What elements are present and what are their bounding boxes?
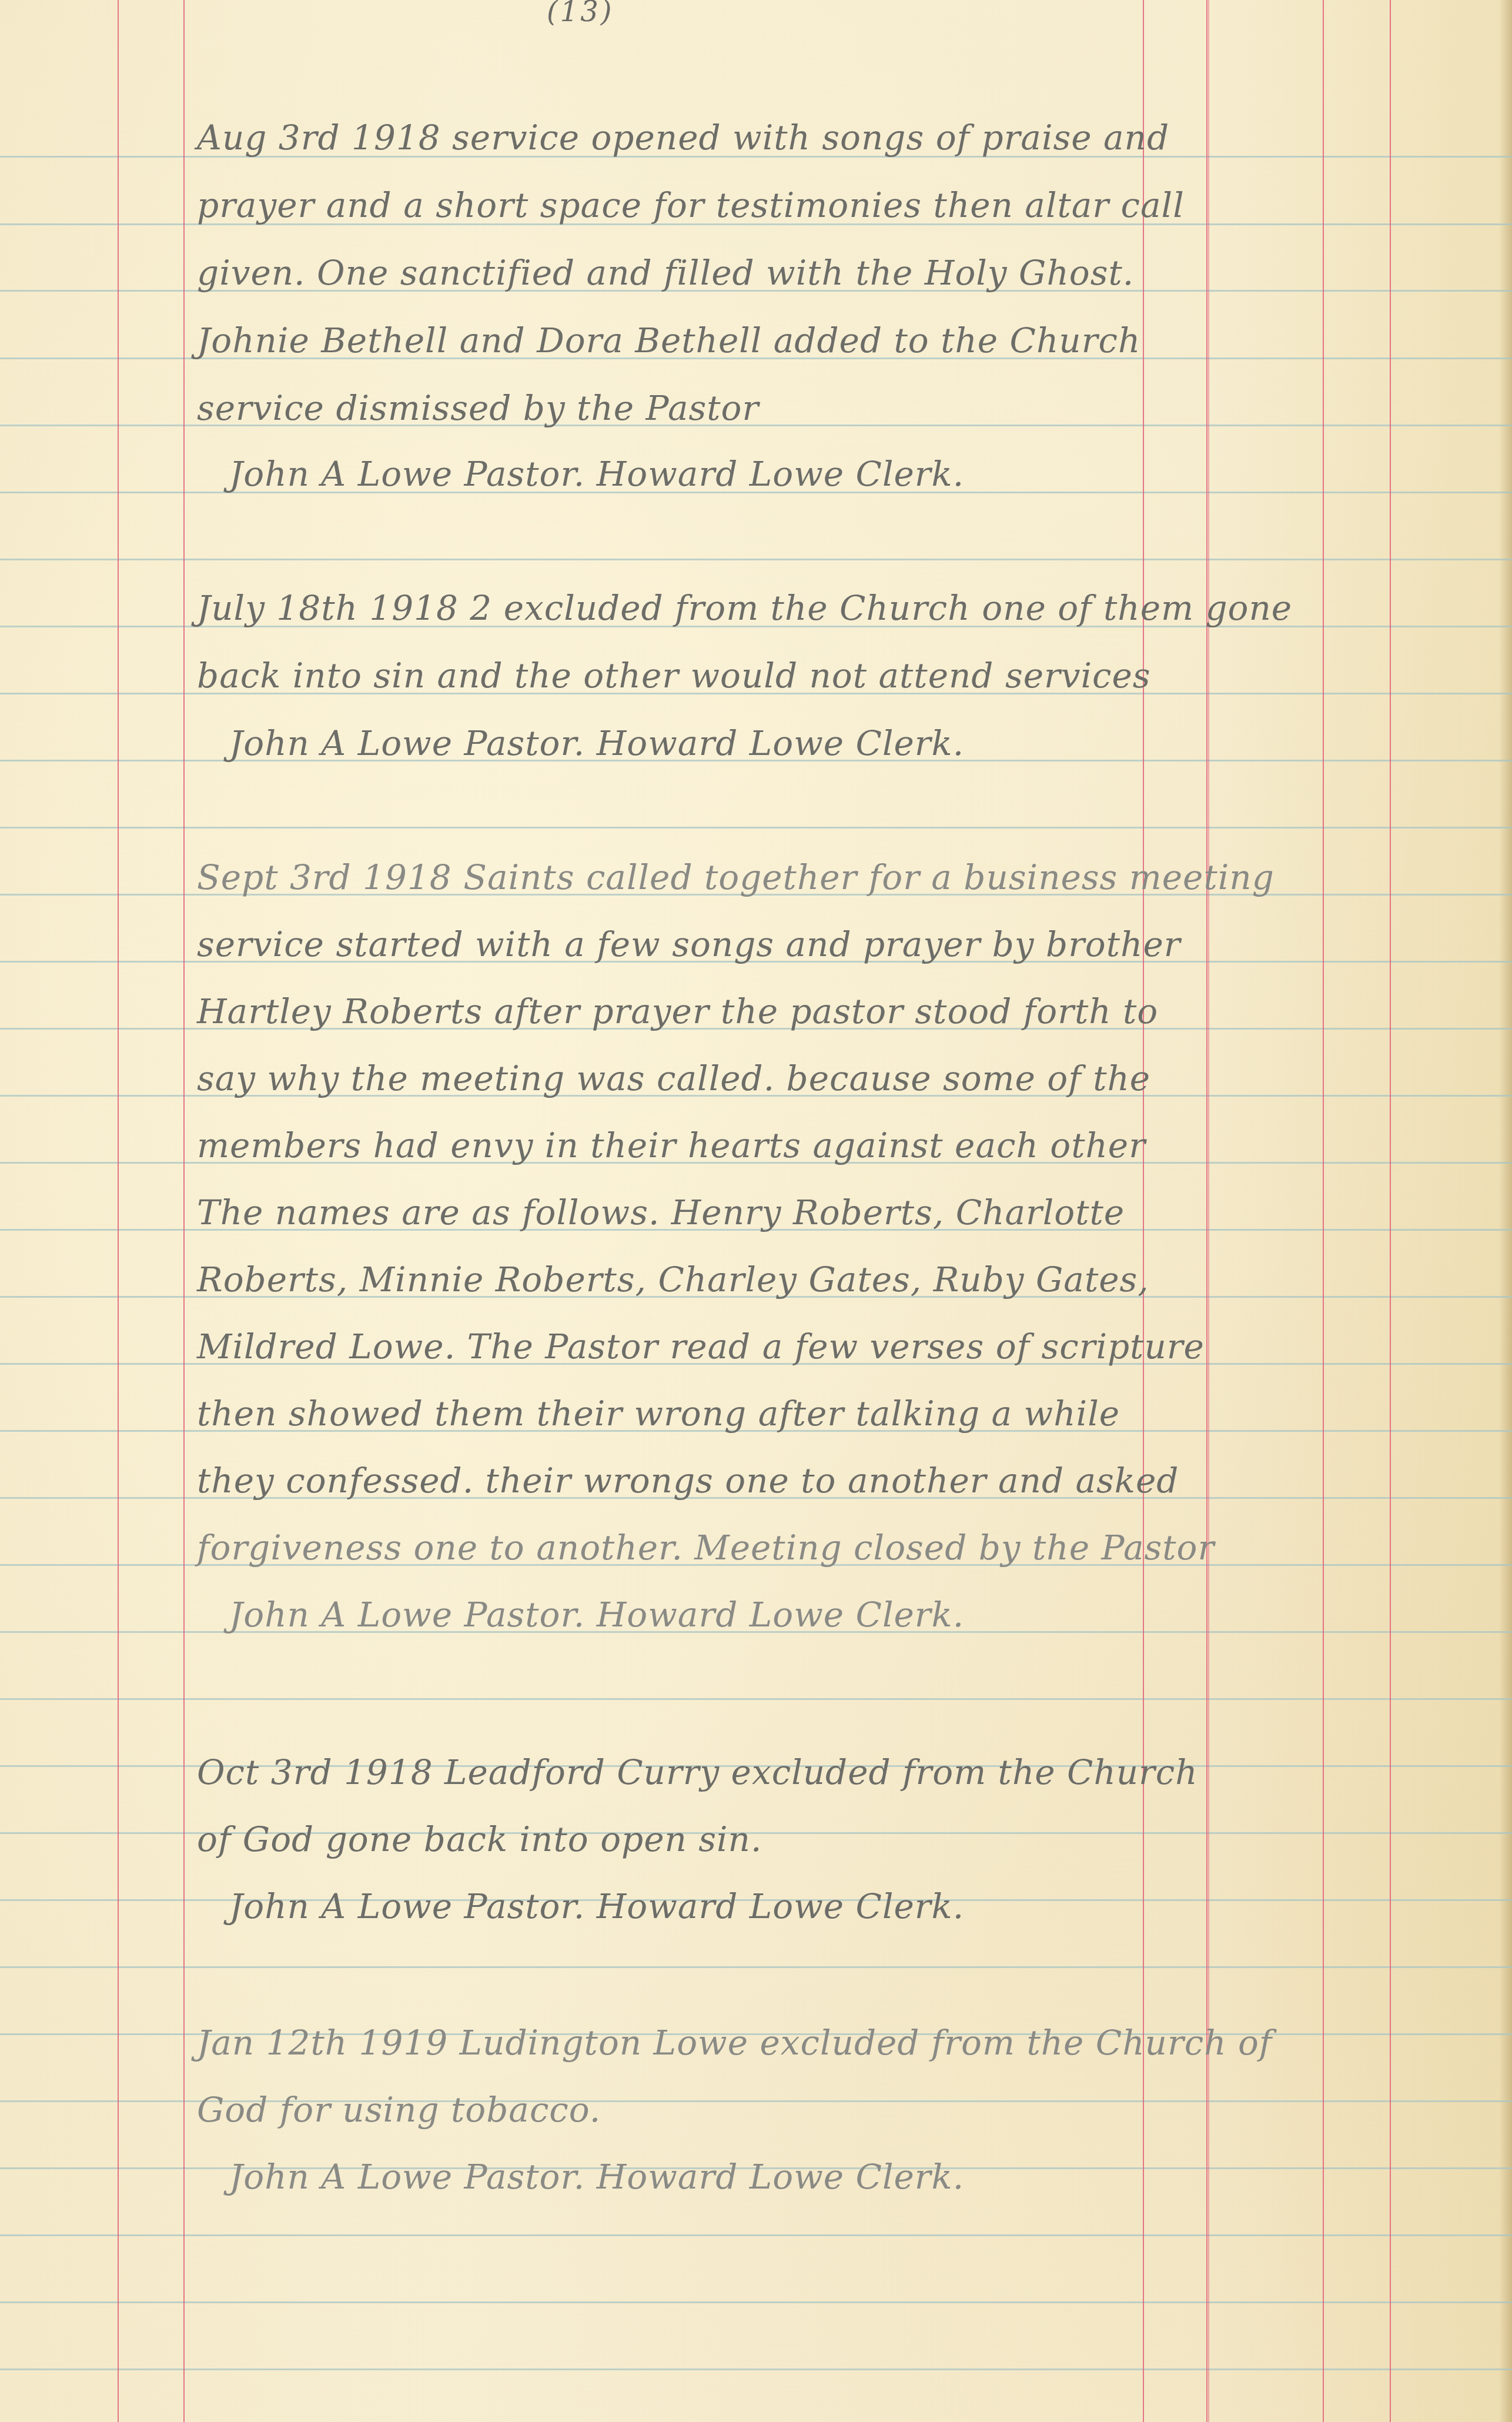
- entry-line: back into sin and the other would not at…: [197, 656, 1151, 696]
- entry-line: given. One sanctified and filled with th…: [197, 253, 1134, 293]
- entry-signature: John A Lowe Pastor. Howard Lowe Clerk.: [229, 2157, 964, 2197]
- entry-line: Jan 12th 1919 Ludington Lowe excluded fr…: [197, 2023, 1272, 2063]
- entry-line: prayer and a short space for testimonies…: [197, 185, 1185, 225]
- entry-line: July 18th 1918 2 excluded from the Churc…: [197, 588, 1292, 628]
- page-edge-shadow: [1499, 0, 1512, 2422]
- page-number: (13): [547, 0, 614, 28]
- entry-line: The names are as follows. Henry Roberts,…: [197, 1192, 1125, 1232]
- entry-line: Johnie Bethell and Dora Bethell added to…: [197, 320, 1140, 360]
- entry-line: Roberts, Minnie Roberts, Charley Gates, …: [197, 1260, 1149, 1299]
- entry-line: Oct 3rd 1918 Leadford Curry excluded fro…: [197, 1752, 1198, 1792]
- entry-signature: John A Lowe Pastor. Howard Lowe Clerk.: [229, 723, 964, 763]
- entry-line: service started with a few songs and pra…: [197, 924, 1181, 964]
- entry-signature: John A Lowe Pastor. Howard Lowe Clerk.: [229, 1886, 964, 1926]
- entry-line: service dismissed by the Pastor: [197, 388, 759, 428]
- entry-line: then showed them their wrong after talki…: [197, 1394, 1120, 1434]
- entry-signature: John A Lowe Pastor. Howard Lowe Clerk.: [229, 1595, 964, 1635]
- entry-line: God for using tobacco.: [197, 2090, 601, 2130]
- entry-line: Sept 3rd 1918 Saints called together for…: [197, 857, 1275, 897]
- entry-line: Mildred Lowe. The Pastor read a few vers…: [197, 1327, 1205, 1367]
- entry-line: of God gone back into open sin.: [197, 1819, 762, 1859]
- entry-line: members had envy in their hearts against…: [197, 1125, 1146, 1165]
- entry-line: Hartley Roberts after prayer the pastor …: [197, 991, 1158, 1031]
- entry-line: they confessed. their wrongs one to anot…: [197, 1461, 1179, 1501]
- entry-line: Aug 3rd 1918 service opened with songs o…: [197, 118, 1169, 158]
- entry-signature: John A Lowe Pastor. Howard Lowe Clerk.: [229, 454, 964, 494]
- entry-line: say why the meeting was called. because …: [197, 1058, 1150, 1098]
- entry-line: forgiveness one to another. Meeting clos…: [197, 1528, 1215, 1568]
